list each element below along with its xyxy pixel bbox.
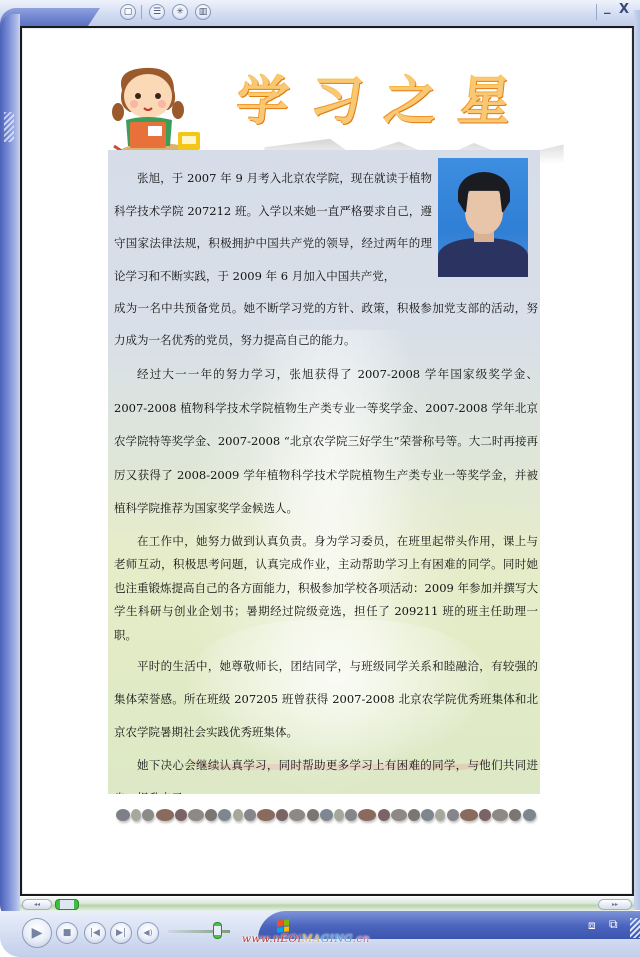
page-title: 学 习 之 星 xyxy=(232,66,514,136)
fast-forward-button[interactable]: ▸▸ xyxy=(598,899,632,910)
paragraph-work: 在工作中，她努力做到认真负责。身为学习委员，在班里起带头作用，课上与老师互动，积… xyxy=(114,530,538,648)
windows-logo-icon xyxy=(277,919,289,932)
pebble xyxy=(188,809,204,821)
resize-corner-grip[interactable] xyxy=(630,918,640,938)
equalizer-icon[interactable]: ▥ xyxy=(195,4,211,20)
fullscreen-icon[interactable]: ⧈ xyxy=(588,918,596,933)
resize-grip-icon[interactable] xyxy=(4,112,14,142)
paragraph-intro: 张旭，于 2007 年 9 月考入北京农学院，现在就读于植物科学技术学院 207… xyxy=(114,162,432,292)
title-char: 之 xyxy=(376,66,443,136)
pebble xyxy=(435,809,445,821)
pebble xyxy=(492,809,508,821)
pebble xyxy=(205,809,217,821)
next-button[interactable]: ▶| xyxy=(110,922,132,944)
pebble xyxy=(320,809,333,821)
article-panel: 张旭，于 2007 年 9 月考入北京农学院，现在就读于植物科学技术学院 207… xyxy=(108,150,540,794)
mute-button[interactable]: ◀) xyxy=(137,922,159,944)
pebble xyxy=(523,809,536,821)
previous-button[interactable]: |◀ xyxy=(84,922,106,944)
paragraph-resolve: 她下决心会继续认真学习，同时帮助更多学习上有困难的同学，与他们共同进步，提升自己… xyxy=(114,749,538,794)
pebble xyxy=(447,809,459,821)
brand-part: MA xyxy=(301,933,320,945)
pebble xyxy=(509,809,521,821)
right-skin-edge xyxy=(634,10,640,910)
window-controls-divider xyxy=(596,4,597,20)
pebble xyxy=(345,809,357,821)
toolbar-divider xyxy=(141,5,142,19)
rewind-button[interactable]: ◂◂ xyxy=(22,899,52,910)
seek-bar[interactable] xyxy=(20,897,634,911)
brand-part: nEOi xyxy=(273,933,301,945)
pebble xyxy=(479,809,491,821)
pebble xyxy=(334,809,344,821)
pebble xyxy=(116,809,130,821)
paragraph-life: 平时的生活中，她尊敬师长，团结同学，与班级同学关系和睦融洽，有较强的集体荣誉感。… xyxy=(114,650,538,749)
title-char: 学 xyxy=(228,66,295,136)
stop-button[interactable]: ■ xyxy=(56,922,78,944)
pebble xyxy=(421,809,434,821)
play-button[interactable]: ▶ xyxy=(22,918,52,948)
pebble xyxy=(257,809,275,821)
pebble xyxy=(358,809,376,821)
title-bar: ▢ ☰ ✳ ▥ _ X xyxy=(0,0,640,26)
visualization-icon[interactable]: ✳ xyxy=(172,4,188,20)
brand-part: www. xyxy=(242,933,273,945)
minimize-button[interactable]: _ xyxy=(604,0,611,15)
paragraph-intro-continued: 成为一名中共预备党员。她不断学习党的方针、政策，积极参加党支部的活动，努力成为一… xyxy=(114,292,538,356)
brand-part: .cn xyxy=(353,933,370,945)
article-text: 张旭，于 2007 年 9 月考入北京农学院，现在就读于植物科学技术学院 207… xyxy=(114,168,538,794)
brand-part: GING xyxy=(321,933,353,945)
pebble-divider xyxy=(116,804,536,826)
pebble xyxy=(460,809,478,821)
title-char: 星 xyxy=(450,66,517,136)
pebble xyxy=(218,809,231,821)
pebble xyxy=(142,809,154,821)
compact-mode-icon[interactable]: ⧉ xyxy=(609,917,618,932)
title-char: 习 xyxy=(302,66,369,136)
pebble xyxy=(289,809,305,821)
pebble xyxy=(244,809,256,821)
seek-slider-thumb[interactable] xyxy=(55,899,79,910)
pebble xyxy=(175,809,187,821)
pebble xyxy=(233,809,243,821)
pebble xyxy=(408,809,420,821)
pebble xyxy=(391,809,407,821)
volume-slider-thumb[interactable] xyxy=(213,922,222,939)
pebble xyxy=(276,809,288,821)
pebble xyxy=(307,809,319,821)
pebble xyxy=(378,809,390,821)
close-button[interactable]: X xyxy=(619,2,629,17)
watermark-brand: www.nEOiMAGING.cn xyxy=(242,933,370,945)
left-skin-edge xyxy=(0,14,20,919)
paragraph-awards: 经过大一一年的努力学习，张旭获得了 2007-2008 学年国家级奖学金、200… xyxy=(114,358,538,526)
playlist-icon[interactable]: ☰ xyxy=(149,4,165,20)
pebble xyxy=(131,809,141,821)
pebble xyxy=(156,809,174,821)
open-file-icon[interactable]: ▢ xyxy=(120,4,136,20)
